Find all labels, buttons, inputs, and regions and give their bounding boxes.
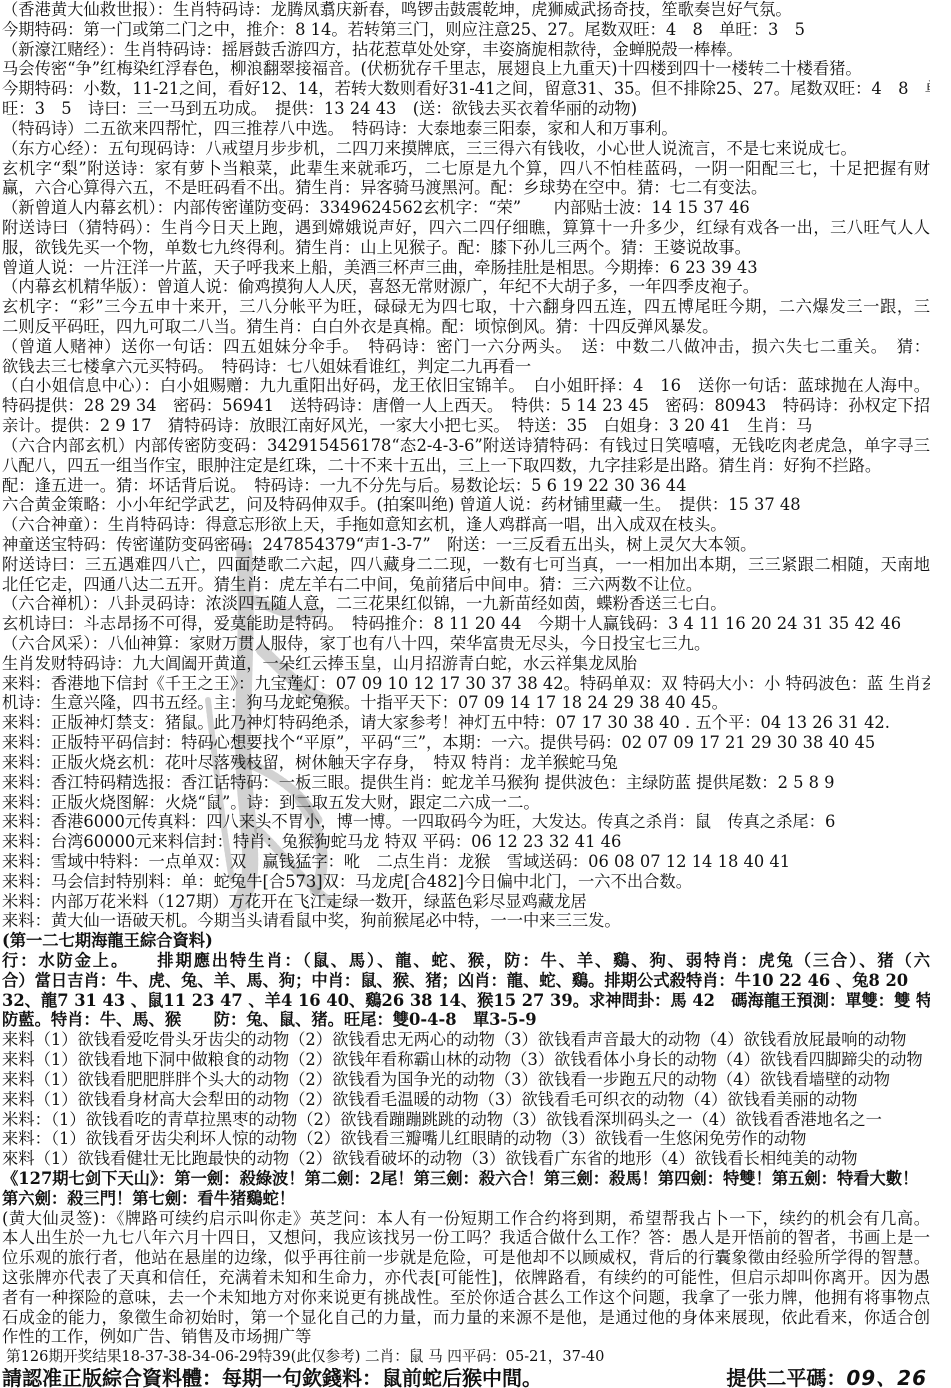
two-flat-codes: 提供二平碼：09、26 <box>726 1367 927 1388</box>
text-line-riddle: 來料（1）欲钱看健壮无比跑最快的动物（2）欲钱看破坏的动物（3）欲钱看广东省的地… <box>0 1149 946 1169</box>
text-line-tsang-taoist-insider: （新曾道人内幕玄机）：内部传密谨防变码：3349624562玄机字：“荣” 内部… <box>0 198 946 218</box>
text-line: 本人出生於一九七八年六月十四日，又想问，我应该找另一份工吗？我适合做什么工作？答… <box>0 1228 930 1248</box>
text-line: 今期特码：小数，11-21之间，看好12、14，若转大数则看好31-41之间，留… <box>0 79 930 99</box>
text-line: 北任它走，四通八达二五开。猜生肖：虎左羊右二中间，兔前猪后中间申。猜：三六两数不… <box>0 575 946 595</box>
text-line: 旺：3 5 诗曰：三一马到五功成。 提供：13 24 43 (送：欲钱去买衣着华… <box>0 99 946 119</box>
draw-results-line: 第126期开奖结果18-37-38-34-06-29特39(此仅参考) 二肖：鼠… <box>0 1347 946 1367</box>
text-line-source-item: 来料：正版特平码信封：特码心想要找个“平原”，平码“三”，本期：一六。提供号码：… <box>0 733 946 753</box>
text-line-insider-essentials: （内幕玄机精华版）：曾道人说：偷鸡摸狗人人厌，喜怒无常财源广，年纪不大胡子多，一… <box>0 277 946 297</box>
text-line-liuhe-style: （六合风采）：八仙神算：家财万贯人服侍，家丁也有八十四，荣华富贵无尽头，今日投宝… <box>0 634 946 654</box>
two-flat-codes-value: 09、26 <box>846 1366 927 1388</box>
text-line-riddle: 米料：（1）欲钱看吃的青草拉黑枣的动物（2）欲钱看蹦蹦跳跳的动物（3）欲钱看深圳… <box>0 1110 946 1130</box>
text-line: 附送诗曰（猜特码）：生肖今日天上跑，遇到嫦娥说声好，四六二四仔细瞧，算算十一升多… <box>0 218 930 238</box>
section-title-sea-dragon-king: (第一二七期海龍王綜合資料) <box>0 931 946 951</box>
text-line: 神童送宝特码：传密谨防变码密码：247854379“声1-3-7” 附送：一三反… <box>0 535 946 555</box>
text-line-bold: 32、龍7 31 43 、鼠11 23 47 、羊4 16 40、鷄26 38 … <box>0 991 930 1011</box>
text-line-source-item: 来料：正版火烧图解：火烧“鼠”。诗：到二取五发大财，跟定二六成一二。 <box>0 793 946 813</box>
text-line-source-item: 来料：台湾60000元来料信封：特肖：兔猴狗蛇马龙 特双 平码：06 12 23… <box>0 832 946 852</box>
text-line: 欲钱去三七楼拿六元买特码。 特码诗：七八姐妹看谁红，判定二九再看一 <box>0 357 946 377</box>
text-line: 今期特码：第一门或第二门之中，推介：8 14。若转第三门，则应注意25、27。尾… <box>0 20 946 40</box>
text-line-eastern-heart-sutra: （东方心经）：五句现码诗：八戒望月步步机，二四刀来摸牌底，三三得六有钱收，小心世… <box>0 139 946 159</box>
text-line: 作性的工作，例如广告、销售及市场拥广等 <box>0 1327 946 1347</box>
text-line-macau-gambling-classic: （新濠江赌经）：生肖特码诗：摇唇鼓舌游四方，拈花惹草处处穿，丰姿旖旎相款待，金蝉… <box>0 40 946 60</box>
text-line-source-item: 来料：雪域中特料：一点单双：双 赢钱猛字：吪 二点生肖：龙猴 雪域送码：06 0… <box>0 852 946 872</box>
text-line-miss-bai-info-center: （白小姐信息中心）：白小姐赐赠：九九重阳出好码，龙王依旧宝锦羊。 白小姐盰择：4… <box>0 376 930 396</box>
text-line: 石成金的能力，象徵生命初始时，第一个显化自己的力量，而力量的来源不是他，是通过他… <box>0 1308 930 1328</box>
text-line: 附送诗曰：三五遇难四八亡，四面楚歌二六起，四八藏身二二现，一数有七可当真，一一相… <box>0 555 930 575</box>
text-line-tsang-gambling-god: （曾道人赌神）送你一句话：四五姐妹分伞手。 特码诗：密门一六分两头。 送：中数二… <box>0 337 930 357</box>
text-line-liuhe-insider: （六合内部玄机）内部传密防变码：342915456178“态2-4-3-6”附送… <box>0 436 930 456</box>
text-line-liuhe-zen: （六合禅机）：八卦灵码诗：浓淡四五随人意，二三花果红似锦，一九新苗经如茵，蝶粉香… <box>0 594 946 614</box>
text-line-riddle: 来料：（1）欲钱看牙齿尖利坏人惊的动物（2）欲钱看三瓣嘴儿红眼睛的动物（3）欲钱… <box>0 1129 946 1149</box>
seven-swords-heading: 《127期七剑下天山》：第一劍：殺綠波！第二劍：2尾！第三劍：殺六合！第三劍：殺… <box>0 1169 946 1189</box>
text-line-source-item: 来料：马会信封特别料：单：蛇兔牛[合573]双：马龙虎[合482]今日偏中北门，… <box>0 872 946 892</box>
text-line-source-item: 来料：香港地下信封《千王之王》：九宝莲灯：07 09 10 12 17 30 3… <box>0 674 930 694</box>
text-line-hk-wong-tai-sin-poem: （香港黄大仙救世报）：生肖特码诗：龙腾凤翥庆新春，鸣锣击鼓震乾坤，虎狮威武扬奇技… <box>0 0 946 20</box>
text-line-source-item: 来料：香江特码精选报：香江话特码：一板三眼。提供生肖：蛇龙羊马猴狗 提供波色：主… <box>0 773 946 793</box>
text-line: 配：逢五进一。猜：坏话背后说。 特码诗：一九不分先与后。易数论坛：5 6 19 … <box>0 476 946 496</box>
text-line-riddle: 来料（1）欲钱看身材高大会犁田的动物（2）欲钱看毛温暖的动物（3）欲钱看毛可织衣… <box>0 1090 946 1110</box>
text-line-liuhe-golden-strategy: 六合黄金策略：小小年纪学武艺，问及特码伸双手。(拍案叫绝) 曾道人说：药材铺里藏… <box>0 495 946 515</box>
text-line: 这张牌亦代表了天真和信任，充满着未知和生命力，亦代表[可能性]，依牌路看，有续约… <box>0 1268 930 1288</box>
footer-banner: 請認准正版綜合資料體：每期一句欽錢料：鼠前蛇后猴中間。 提供二平碼：09、26 <box>0 1367 951 1388</box>
newspaper-page: （香港黄大仙救世报）：生肖特码诗：龙腾凤翥庆新春，鸣锣击鼓震乾坤，虎狮威武扬奇技… <box>0 0 951 1388</box>
text-line: 赢，六合心算得六五，不是旺码看不出。猜生肖：异客骑马渡黑河。配：乡球势在空中。猜… <box>0 178 946 198</box>
text-line: 玄机字“梨”附送诗：家有萝卜当粮菜，此辈生来就乖巧，二七原是九个算，四八不怕桂蓝… <box>0 159 930 179</box>
text-line-bold: 行：水防金上。 排期應出特生肖：（鼠、馬）、龍、蛇、猴，防：牛、羊、鷄、狗、弱特… <box>0 951 930 971</box>
text-line: 亲计。提供：2 9 17 猜特码诗：放眼江南好风光，一家大小把七买。 特送：35… <box>0 416 946 436</box>
text-line-source-item: 米料：内部万花米料（127期）万花开在飞江走绿一数开，绿蓝色彩尽显鸡藏龙居 <box>0 892 946 912</box>
text-line-source-item: 来料：黄大仙一语破天机。今期当头请看鼠中奖，狗前猴尾必中特，一一中来三三发。 <box>0 911 946 931</box>
text-line: 玄机字：“彩”三今五申十来开，三八分帐平为旺，碌碌无为四七取，十六翻身四五连，四… <box>0 297 930 317</box>
text-line-source-item: 来料：正版神灯禁支：猪鼠。此乃神灯特码绝杀，请大家参考！神灯五中特：07 17 … <box>0 713 946 733</box>
text-line: 机诗：生意兴隆，四书五经。主：狗马龙蛇兔猴。十指平天下：07 09 14 17 … <box>0 693 946 713</box>
text-line-source-item: 来料：正版火烧玄机：花叶尽落残枝留，树休触天字存身， 特双 特肖：龙羊猴蛇马兔 <box>0 753 946 773</box>
text-line-wong-tai-sin-oracle: (黄大仙灵签)：《牌路可续约启示叫你走》英芝问：本人有一份短期工作合约将到期，希… <box>0 1209 930 1229</box>
text-line: 服，欲钱先买一个物，单数七九终得利。猜生肖：山上见猴子。配：膝下孙儿三两个。猜：… <box>0 238 946 258</box>
text-line-riddle: 来料（1）欲钱看地下洞中做粮食的动物（2）欲钱年看称霸山林的动物（3）欲钱看体小… <box>0 1050 946 1070</box>
text-line-bold: 合）當日吉肖：牛、虎、兔、羊、馬、狗；中肖：鼠、猴、猪；凶肖：龍、蛇、鷄。排期公… <box>0 971 946 991</box>
text-line: 二则反平码旺，四九可取二八当。猜生肖：白白外衣是真棉。配：顷惊倒风。猜：十四反弹… <box>0 317 946 337</box>
text-line-riddle: 来料（1）欲钱看爱吃骨头牙齿尖的动物（2）欲钱看忠无两心的动物（3）欲钱看声音最… <box>0 1030 946 1050</box>
text-line: 特码提供：28 29 34 密码：56941 送特码诗：唐僧一人上西天。 特供：… <box>0 396 930 416</box>
text-line: 者有一种探险的意味，去一个未知地方对你来说更有挑战性。至於你适合甚么工作这个问题… <box>0 1288 930 1308</box>
text-line: （特码诗）二五欲来四帮忙，四三推荐八中选。 特码诗：大泰地泰三阳泰，家和人和万事… <box>0 119 946 139</box>
seven-swords-continued: 第六劍：殺三門！第七劍：看牛猪鷄蛇！ <box>0 1189 946 1209</box>
text-line-liuhe-prodigy: （六合神童）：生肖特码诗：得意忘形欲上天，手拖如意知玄机，逢人鸡群高一唱，出入成… <box>0 515 946 535</box>
text-line: 生肖发财特码诗：九大阊阖开黄道，一朵红云捧玉皇，山月招游青白蛇，水云祥集龙凤胎 <box>0 654 946 674</box>
text-line: 马会传密“争”红梅染红浮春色，柳浪翻翠接福音。(伏枥犹存千里志，展翅良上九重天)… <box>0 59 946 79</box>
text-line: 玄机诗曰：斗志昂扬不可得，爱莫能助是特码。 特码推介：8 11 20 44 今期… <box>0 614 946 634</box>
text-line-source-item: 来料：香港6000元传真料：四八来头不胃小，博一博。一四取码今为旺，大发达。传真… <box>0 812 946 832</box>
two-flat-codes-label: 提供二平碼： <box>726 1366 846 1388</box>
text-line-riddle: 来料（1）欲钱看肥肥胖胖个头大的动物（2）欲钱看为国争光的动物（3）欲钱看一步跑… <box>0 1070 946 1090</box>
text-line: 位乐观的旅行者，他站在悬崖的边缘，似乎再往前一步就是危险，可是他却不以顾威权，背… <box>0 1248 930 1268</box>
text-line: 八配八，四五一组当作宝，眼肿注定是红珠，二十不来十五出，三上一下取四数，九字挂彩… <box>0 456 946 476</box>
text-line: 曾道人说：一片汪洋一片蓝，天子呼我来上船，美酒三杯声三曲，牵肠挂肚是相思。今期捧… <box>0 258 946 278</box>
text-line-bold: 防藍。特肖：牛、馬、猴 防：兔、鼠、猪。旺尾：雙0-4-8 單3-5-9 <box>0 1010 946 1030</box>
footer-slogan: 請認准正版綜合資料體：每期一句欽錢料：鼠前蛇后猴中間。 <box>2 1367 542 1388</box>
